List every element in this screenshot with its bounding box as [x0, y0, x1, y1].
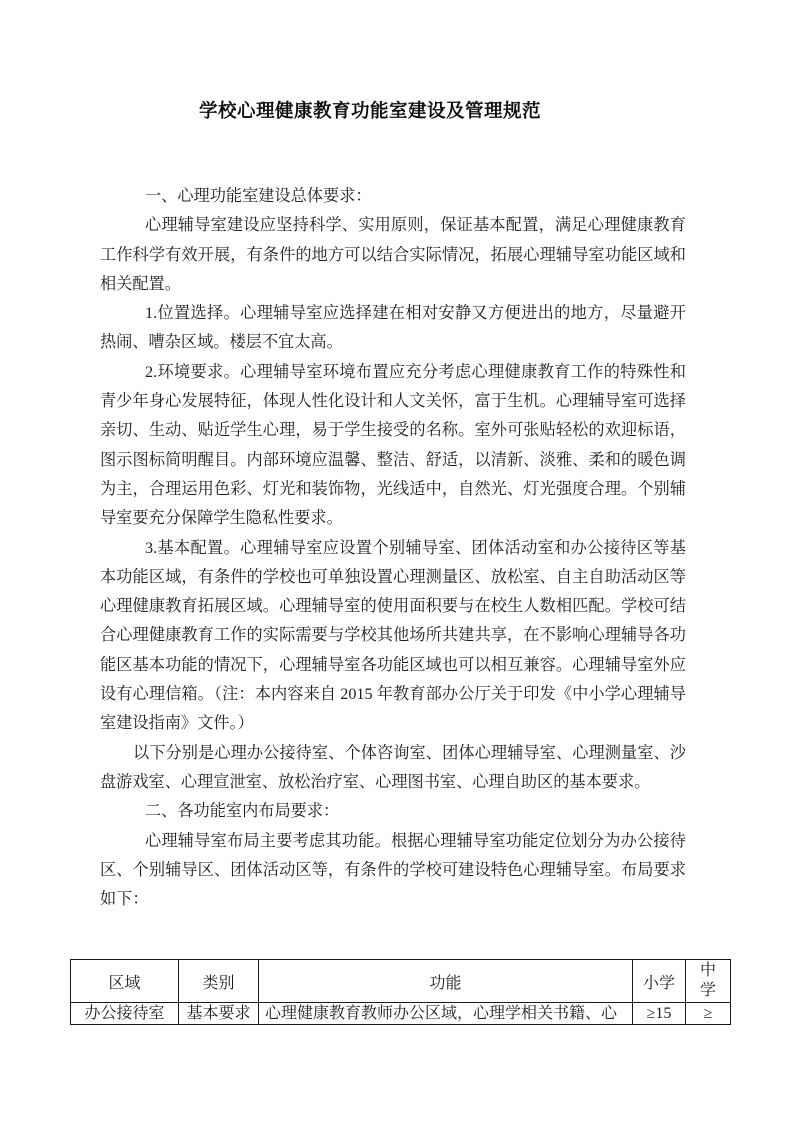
col-header-function: 功能 — [259, 960, 633, 1003]
cell-middle-school-value: ≥ — [686, 1003, 731, 1025]
document-page: 学校心理健康教育功能室建设及管理规范 一、心理功能室建设总体要求： 心理辅导室建… — [0, 0, 793, 1122]
col-header-category: 类别 — [179, 960, 259, 1003]
table-header-row: 区域 类别 功能 小学 中学 — [71, 960, 731, 1003]
paragraph-room-list: 以下分别是心理办公接待室、个体咨询室、团体心理辅导室、心理测量室、沙盘游戏室、心… — [100, 739, 686, 798]
col-header-middle-school: 中学 — [686, 960, 731, 1003]
col-header-area: 区域 — [71, 960, 179, 1003]
col-header-primary-school: 小学 — [633, 960, 686, 1003]
cell-function: 心理健康教育教师办公区域，心理学相关书籍、心 — [259, 1003, 633, 1025]
cell-category: 基本要求 — [179, 1003, 259, 1025]
paragraph-location-selection: 1.位置选择。心理辅导室应选择建在相对安静又方便进出的地方，尽量避开热闹、嘈杂区… — [100, 299, 686, 358]
paragraph-section-1-heading: 一、心理功能室建设总体要求： — [100, 182, 686, 211]
cell-primary-school-value: ≥15 — [633, 1003, 686, 1025]
document-body: 一、心理功能室建设总体要求： 心理辅导室建设应坚持科学、实用原则，保证基本配置，… — [100, 182, 686, 914]
document-title: 学校心理健康教育功能室建设及管理规范 — [0, 97, 740, 127]
cell-area: 办公接待室 — [71, 1003, 179, 1025]
paragraph-section-2-heading: 二、各功能室内布局要求： — [100, 797, 686, 826]
paragraph-general-requirements: 心理辅导室建设应坚持科学、实用原则，保证基本配置，满足心理健康教育工作科学有效开… — [100, 211, 686, 299]
room-requirements-table: 区域 类别 功能 小学 中学 办公接待室 基本要求 心理健康教育教师办公区域，心… — [70, 959, 731, 1025]
paragraph-basic-configuration: 3.基本配置。心理辅导室应设置个别辅导室、团体活动室和办公接待区等基本功能区域，… — [100, 534, 686, 739]
paragraph-environment-requirements: 2.环境要求。心理辅导室环境布置应充分考虑心理健康教育工作的特殊性和青少年身心发… — [100, 358, 686, 534]
table-row: 办公接待室 基本要求 心理健康教育教师办公区域，心理学相关书籍、心 ≥15 ≥ — [71, 1003, 731, 1025]
paragraph-layout-intro: 心理辅导室布局主要考虑其功能。根据心理辅导室功能定位划分为办公接待区、个别辅导区… — [100, 827, 686, 915]
